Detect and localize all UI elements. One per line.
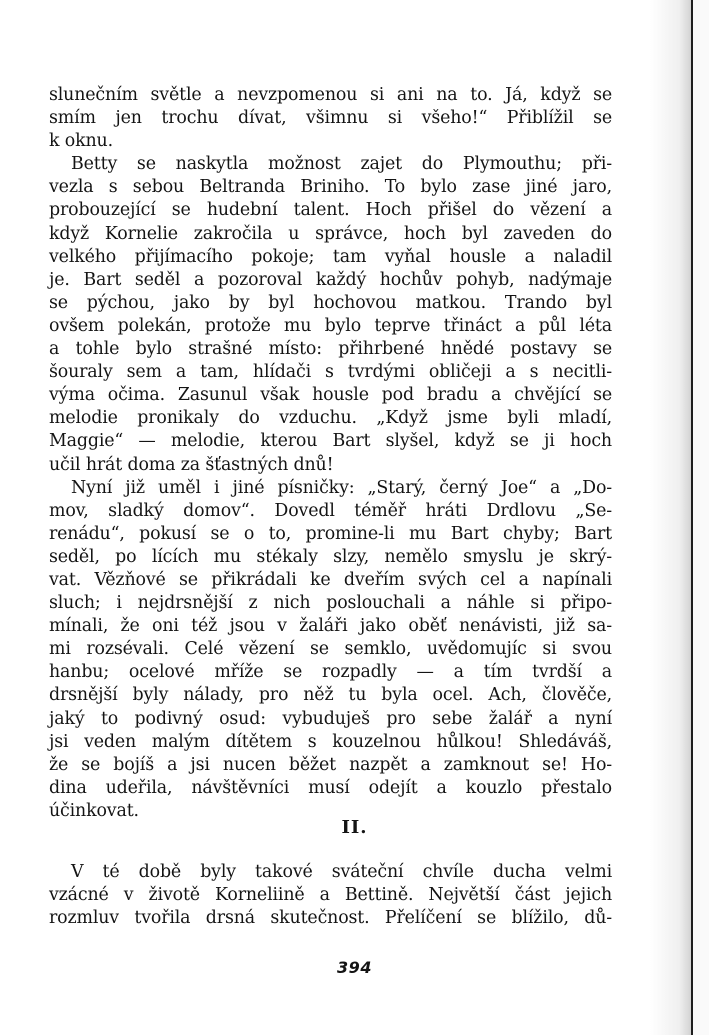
text-line: Maggie“ — melodie, kterou Bart slyšel, k… (49, 430, 612, 453)
adjacent-page-edge (693, 0, 709, 1035)
text-line: mi rozsévali. Celé vězení se semklo, uvě… (49, 638, 612, 661)
text-line: šouraly sem a tam, hlídači s tvrdými obl… (49, 361, 612, 384)
book-page: slunečním světle a nevzpomenou si ani na… (0, 0, 709, 1035)
section-heading: II. (0, 817, 709, 838)
text-line: učil hrát doma za šťastných dnů! (49, 454, 612, 477)
text-line: drsnější byly nálady, pro něž tu byla oc… (49, 684, 612, 707)
text-line: jaký to podivný osud: vybuduješ pro sebe… (49, 708, 612, 731)
text-line: k oknu. (49, 130, 612, 153)
text-line: renádu“, pokusí se o to, promine-li mu B… (49, 523, 612, 546)
text-line: rozmluv tvořila drsná skutečnost. Přelíč… (49, 907, 612, 930)
text-line: Betty se naskytla možnost zajet do Plymo… (49, 153, 612, 176)
text-line: výma očima. Zasunul však housle pod brad… (49, 384, 612, 407)
text-line: V té době byly takové sváteční chvíle du… (49, 861, 612, 884)
text-line: smím jen trochu dívat, všimnu si všeho!“… (49, 107, 612, 130)
text-line: dina udeřila, návštěvníci musí odejít a … (49, 777, 612, 800)
text-line: ovšem polekán, protože mu bylo teprve tř… (49, 315, 612, 338)
section-one-text: slunečním světle a nevzpomenou si ani na… (49, 84, 612, 823)
text-line: velkého přijímacího pokoje; tam vyňal ho… (49, 246, 612, 269)
binding-shadow (650, 0, 692, 1035)
text-line: že se bojíš a jsi nucen běžet nazpět a z… (49, 754, 612, 777)
text-line: vezla s sebou Beltranda Briniho. To bylo… (49, 176, 612, 199)
section-two-text: V té době byly takové sváteční chvíle du… (49, 861, 612, 930)
text-line: Nyní již uměl i jiné písničky: „Starý, č… (49, 477, 612, 500)
text-line: seděl, po lících mu stékaly slzy, nemělo… (49, 546, 612, 569)
text-line: sluch; i nejdrsnější z nich poslouchali … (49, 592, 612, 615)
text-line: melodie pronikaly do vzduchu. „Když jsme… (49, 407, 612, 430)
text-line: když Kornelie zakročila u správce, hoch … (49, 223, 612, 246)
page-number: 394 (0, 958, 709, 977)
text-line: probouzející se hudební talent. Hoch při… (49, 199, 612, 222)
text-line: se pýchou, jako by byl hochovou matkou. … (49, 292, 612, 315)
text-line: a tohle bylo strašné místo: přihrbené hn… (49, 338, 612, 361)
text-line: mínali, že oni též jsou v žaláři jako ob… (49, 615, 612, 638)
text-line: jsi veden malým dítětem s kouzelnou hůlk… (49, 731, 612, 754)
text-line: slunečním světle a nevzpomenou si ani na… (49, 84, 612, 107)
text-line: mov, sladký domov“. Dovedl téměř hráti D… (49, 500, 612, 523)
text-line: vat. Vězňové se přikrádali ke dveřím svý… (49, 569, 612, 592)
text-line: hanbu; ocelové mříže se rozpadly — a tím… (49, 661, 612, 684)
text-line: vzácné v životě Korneliině a Bettině. Ne… (49, 884, 612, 907)
text-line: je. Bart seděl a pozoroval každý hochův … (49, 269, 612, 292)
